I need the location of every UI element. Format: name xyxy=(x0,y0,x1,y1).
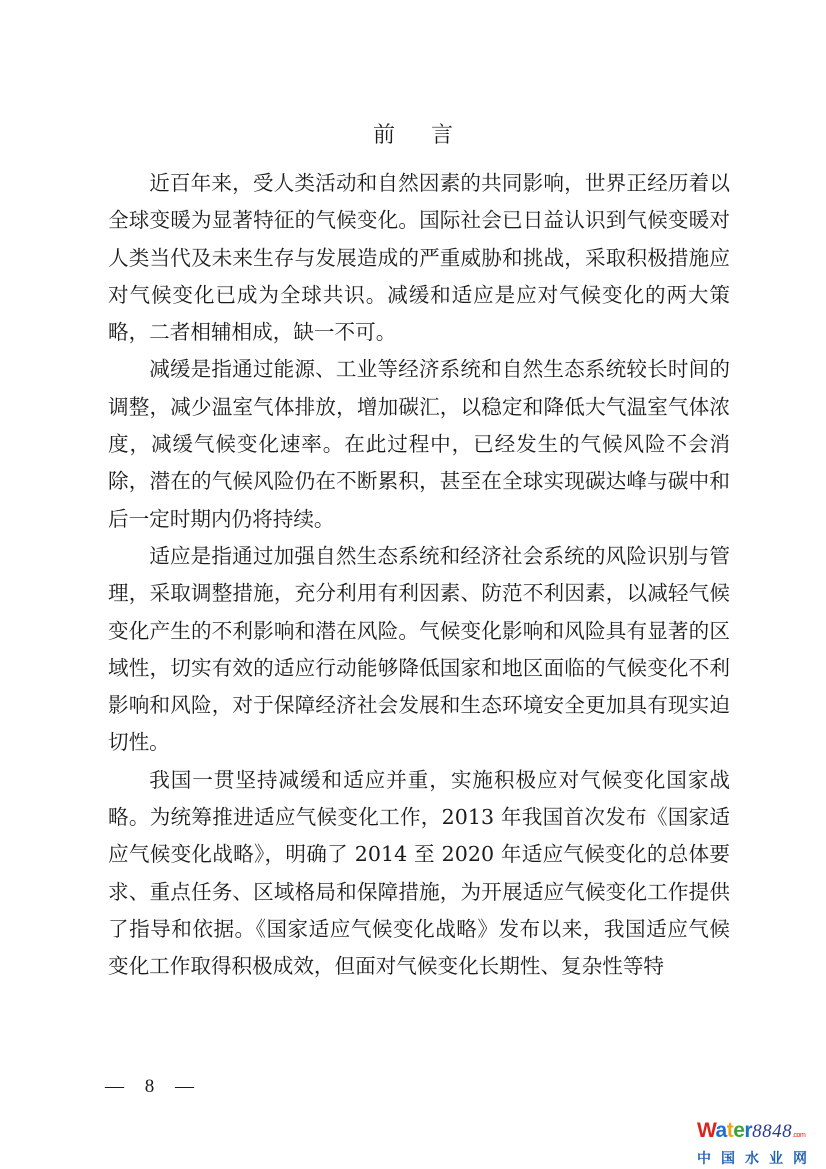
document-body: 近百年来，受人类活动和自然因素的共同影响，世界正经历着以全球变暖为显著特征的气候… xyxy=(108,165,730,986)
logo-subtitle: 中国水业网 xyxy=(697,1148,822,1168)
watermark-logo: Water8848.com 中国水业网 xyxy=(697,1120,822,1168)
paragraph-3: 适应是指通过加强自然生态系统和经济社会系统的风险识别与管理，采取调整措施，充分利… xyxy=(108,538,730,762)
logo-wordmark: Water8848.com xyxy=(697,1120,822,1146)
paragraph-2: 减缓是指通过能源、工业等经济系统和自然生态系统较长时间的调整，减少温室气体排放，… xyxy=(108,351,730,537)
page-title: 前言 xyxy=(0,118,826,149)
title-char-1: 前 xyxy=(373,118,395,149)
logo-letter-w: W xyxy=(697,1119,716,1142)
paragraph-4: 我国一贯坚持减缓和适应并重，实施积极应对气候变化国家战略。为统筹推进适应气候变化… xyxy=(108,762,730,986)
logo-letter-r: r xyxy=(744,1119,752,1142)
paragraph-1: 近百年来，受人类活动和自然因素的共同影响，世界正经历着以全球变暖为显著特征的气候… xyxy=(108,165,730,351)
logo-letter-a: a xyxy=(716,1119,727,1142)
logo-suffix: .com xyxy=(792,1132,805,1139)
title-char-2: 言 xyxy=(431,118,453,149)
logo-number: 8848 xyxy=(752,1121,792,1142)
page-number: — 8 — xyxy=(105,1076,202,1098)
logo-letter-e: e xyxy=(733,1119,744,1142)
